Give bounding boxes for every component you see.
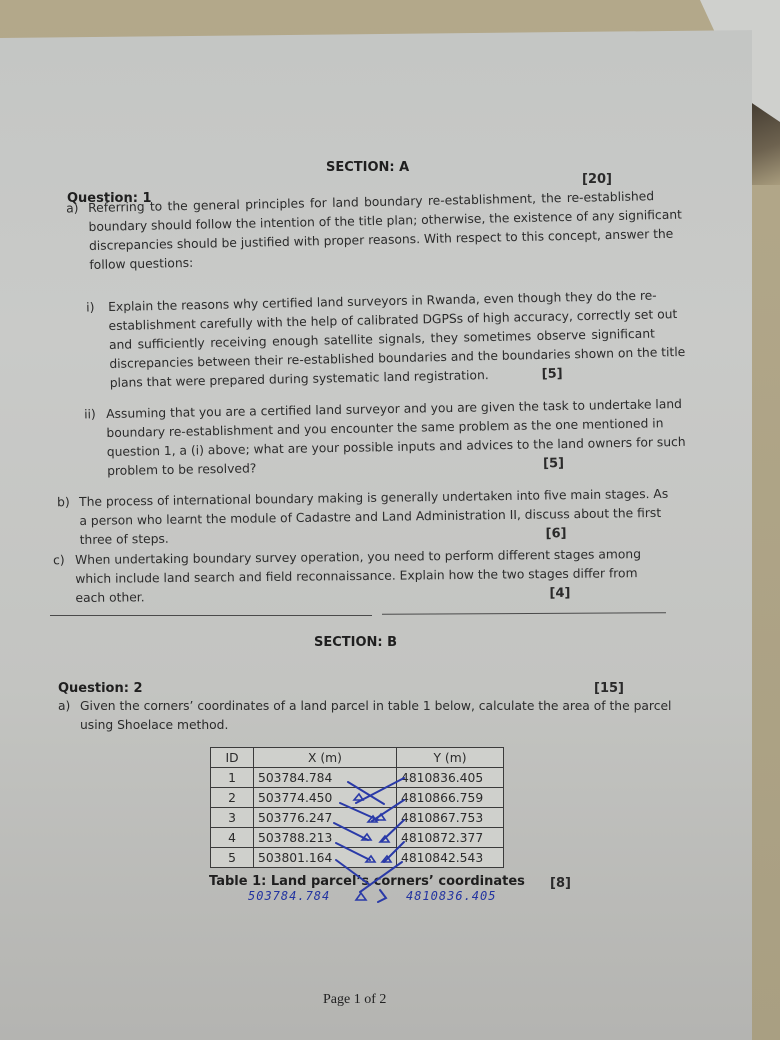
handwritten-y: 4810836.405 [406, 889, 496, 903]
question-1b: b) The process of international boundary… [79, 485, 655, 550]
text-line: Given the corners’ coordinates of a land… [80, 697, 658, 716]
section-a-total-marks: [20] [582, 172, 612, 187]
page-number: Page 1 of 2 [323, 992, 386, 1008]
column-header-x: X (m) [254, 748, 397, 768]
section-b-heading: SECTION: B [314, 635, 397, 650]
text-line: each other. [75, 590, 144, 605]
question-1a-ii-marks: [5] [543, 454, 564, 473]
question-1a-i: i) Explain the reasons why certified lan… [108, 287, 656, 393]
section-divider-left [50, 615, 372, 616]
cell-id: 3 [211, 808, 254, 828]
cell-y: 4810867.753 [397, 808, 504, 828]
section-divider-right [382, 612, 666, 614]
question-2-title: Question: 2 [58, 681, 143, 696]
cell-x: 503774.450 [254, 788, 397, 808]
question-1a-label: a) [66, 199, 79, 218]
table-row: 5 503801.164 4810842.543 [211, 848, 504, 868]
column-header-id: ID [211, 748, 254, 768]
section-a-heading: SECTION: A [326, 160, 409, 175]
cell-x: 503784.784 [254, 768, 397, 788]
cell-y: 4810872.377 [397, 828, 504, 848]
cell-x: 503776.247 [254, 808, 397, 828]
text-line: three of steps. [80, 532, 169, 547]
question-1a: a) Referring to the general principles f… [88, 187, 655, 275]
question-1b-marks: [6] [545, 524, 566, 543]
question-1a-i-marks: [5] [541, 364, 562, 383]
question-1a-ii: ii) Assuming that you are a certified la… [106, 395, 657, 481]
cell-y: 4810836.405 [397, 768, 504, 788]
cell-id: 4 [211, 828, 254, 848]
exam-content: SECTION: A [20] Question: 1 a) Referring… [0, 0, 780, 1040]
table-row: 2 503774.450 4810866.759 [211, 788, 504, 808]
cell-id: 2 [211, 788, 254, 808]
question-1c-marks: [4] [549, 584, 570, 603]
question-2a-label: a) [58, 697, 70, 716]
coordinates-table: ID X (m) Y (m) 1 503784.784 4810836.405 … [210, 747, 504, 868]
cell-id: 1 [211, 768, 254, 788]
cell-x: 503788.213 [254, 828, 397, 848]
column-header-y: Y (m) [397, 748, 504, 768]
text-line: using Shoelace method. [80, 716, 658, 735]
question-1a-ii-label: ii) [84, 405, 96, 424]
table-header-row: ID X (m) Y (m) [211, 748, 504, 768]
question-1c: c) When undertaking boundary survey oper… [75, 545, 636, 608]
table-row: 3 503776.247 4810867.753 [211, 808, 504, 828]
cell-y: 4810866.759 [397, 788, 504, 808]
cell-x: 503801.164 [254, 848, 397, 868]
cell-id: 5 [211, 848, 254, 868]
question-1c-label: c) [53, 551, 65, 570]
handwritten-x: 503784.784 [248, 889, 330, 903]
question-1a-i-label: i) [86, 298, 95, 317]
text-line: problem to be resolved? [107, 461, 256, 478]
table-row: 4 503788.213 4810872.377 [211, 828, 504, 848]
question-1b-label: b) [57, 493, 70, 512]
table-caption: Table 1: Land parcel’s corners’ coordina… [209, 874, 525, 889]
question-2a-marks: [8] [550, 876, 571, 891]
table-row: 1 503784.784 4810836.405 [211, 768, 504, 788]
question-2a: a) Given the corners’ coordinates of a l… [80, 697, 658, 735]
cell-y: 4810842.543 [397, 848, 504, 868]
question-2-total-marks: [15] [594, 681, 624, 696]
